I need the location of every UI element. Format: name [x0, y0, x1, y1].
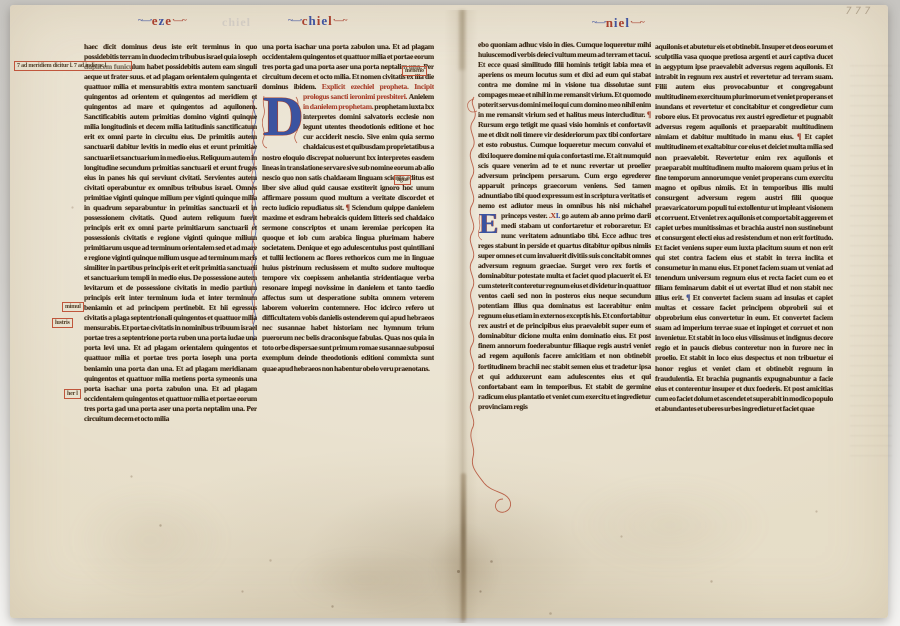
parchment-stain — [570, 475, 770, 575]
body-text: Et convertet faciem suam ad insulas et c… — [655, 293, 833, 413]
body-text: haec dicit dominus deus iste erit termin… — [84, 42, 257, 423]
running-header-chiel: ~—·chiel·—~ — [288, 13, 346, 28]
fold-stain-top — [459, 10, 465, 70]
margin-note-ligue: ligue — [394, 175, 411, 185]
parchment-specks — [10, 5, 11, 6]
initial-letter: D — [263, 87, 303, 147]
verso-show-through — [850, 65, 892, 465]
margin-note-mimul: mimul — [62, 302, 84, 312]
header-ghost: chiel — [222, 15, 251, 30]
header-flourish: ·—~ — [630, 17, 644, 27]
text-column-left-1: haec dicit dominus deus iste erit termin… — [84, 42, 257, 464]
body-text: Anielem — [409, 92, 434, 101]
paragraph-mark-blue: ¶ — [686, 293, 693, 302]
header-flourish: ~—· — [288, 15, 302, 25]
header-flourish: ~—· — [138, 15, 152, 25]
body-text: ebo quoniam adhuc visio in dies. Cumque … — [478, 40, 651, 119]
rubric-incipit-daniel: in danielem prophetam. — [303, 102, 374, 111]
body-text: Et capiet multitudinem et exaltabitur co… — [655, 132, 833, 302]
header-flourish: ·—~ — [172, 15, 186, 25]
body-text: aquilonis et abutetur eis et obtinebit. … — [655, 42, 833, 141]
decorated-initial-d: D — [262, 93, 299, 149]
body-text: go autem ab anno primo darii medi stabam… — [478, 211, 651, 411]
margin-note-her: her l — [64, 389, 81, 399]
body-text: Sciendum quippe danielem maxime et esdra… — [262, 203, 434, 373]
header-flourish: ~—· — [592, 17, 606, 27]
paragraph-mark-red: ¶ — [647, 110, 651, 119]
text-column-left-2: una porta isachar una porta zabulon una.… — [262, 42, 434, 466]
running-header-eze: ~—·eze·—~ — [138, 13, 186, 28]
header-letter: n — [606, 15, 614, 30]
folio-number: 777 — [844, 6, 874, 17]
parchment-stain — [70, 485, 230, 595]
initial-letter: E — [479, 209, 498, 240]
text-column-right-2: aquilonis et abutetur eis et obtinebit. … — [655, 42, 833, 458]
margin-note-meneno: meneno — [402, 66, 427, 76]
header-letter: e — [165, 13, 172, 28]
parchment-stain — [430, 525, 500, 615]
chapter-number-red: .X — [549, 211, 556, 220]
margin-note-lustris: lustris — [52, 318, 73, 328]
running-header-niel: ~—·niel·—~ — [592, 15, 644, 30]
header-letter: h — [308, 13, 316, 28]
decorated-initial-e: E — [478, 212, 498, 241]
paragraph-mark-red: ¶ — [797, 132, 805, 141]
body-text: Rursum ergo tetigit me quasi visio homin… — [478, 120, 651, 219]
header-flourish: ·—~ — [333, 15, 347, 25]
margin-note-top-left: 7 ad meridiem dicitur l. 7 ad indie ac l… — [14, 61, 132, 71]
parchment-stain — [290, 550, 440, 610]
text-column-right-1: ebo quoniam adhuc visio in dies. Cumque … — [478, 40, 651, 458]
